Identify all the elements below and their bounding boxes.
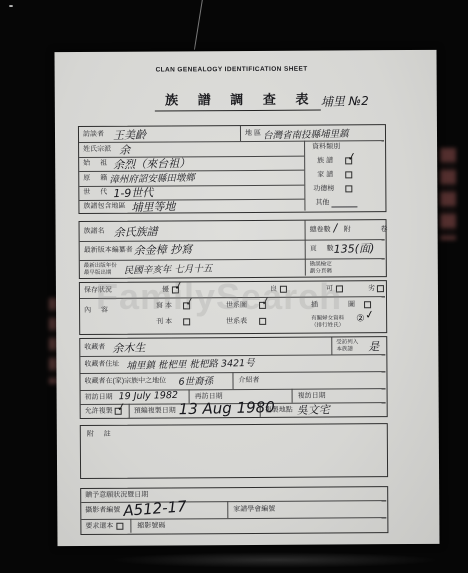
condition-good-checkbox: [280, 286, 287, 293]
notes-label: 附 註: [87, 431, 115, 439]
table-divider: [129, 404, 130, 418]
first-visit-label: 初訪日期: [85, 394, 113, 402]
edition-label-line1: 最新出版年份: [84, 263, 117, 270]
coverage-label: 族譜包含地區: [83, 203, 125, 211]
film-scratch-artifact: [194, 0, 203, 50]
listed-label-line2: 本族譜: [336, 346, 353, 353]
check-label-line2: 劃分頁碼: [310, 268, 332, 275]
material-zupu-label: 族 譜: [317, 157, 333, 165]
condition-label: 保存狀況: [84, 287, 112, 295]
copy-place-value: 吳文宅: [296, 401, 329, 418]
table-divider: [305, 221, 306, 276]
holder-address-label: 收藏者住址: [84, 361, 119, 369]
origin-value: 漳州府詔安縣田墩鄉: [109, 170, 195, 186]
photographer-number-label: 攝影者編號: [85, 507, 120, 515]
generation-label: 世 代: [83, 189, 111, 197]
content-manuscript-label: 寫 本: [156, 302, 172, 310]
women-data-label-line1: 有關婦女資料: [311, 315, 344, 322]
copy-permit-label: 允許複製: [85, 408, 113, 416]
women-data-checkmark: ✓: [364, 308, 375, 322]
condition-poor-checkbox: [377, 285, 384, 292]
volumes-label: 總卷數: [310, 226, 331, 234]
form-eyebrow: CLAN GENEALOGY IDENTIFICATION SHEET: [78, 65, 386, 74]
table-divider: [227, 501, 228, 518]
scanned-form-page: CLAN GENEALOGY IDENTIFICATION SHEET 族 譜 …: [54, 50, 439, 546]
content-print-checkbox: [183, 318, 190, 325]
basic-info-table: 訪談者 王美齡 地 區 台灣省南投縣埔里鎮 姓氏宗派 余 始 祖 余烈（來台祖）…: [78, 124, 387, 214]
first-visit-value: 19 July 1982: [118, 390, 178, 402]
volumes-value: /: [333, 221, 337, 234]
admin-table: 贈予意願狀況暨日期 攝影者編號 A512-17 家譜學會編號 要求還本 縮影號碼: [80, 486, 388, 535]
holder-name-value: 余木生: [112, 339, 145, 356]
material-category-header: 資料類別: [312, 143, 340, 151]
referrer-label: 介紹者: [238, 377, 259, 385]
gift-intent-label: 贈予意願狀況暨日期: [85, 492, 148, 500]
condition-excellent-checkmark: ✓: [173, 279, 184, 293]
return-request-checkbox: [116, 523, 123, 530]
microfilm-number-label: 縮影號碼: [137, 523, 165, 531]
origin-label: 原 籍: [83, 175, 111, 183]
form-title-text: 族 譜 調 查 表: [155, 89, 321, 112]
surname-label: 姓氏宗派: [83, 146, 111, 154]
interviewer-value: 王美齡: [113, 126, 146, 143]
founder-label: 始 祖: [83, 160, 111, 168]
check-label-line1: 勘誤檢定: [310, 261, 332, 268]
listed-value: 是: [368, 338, 379, 354]
table-divider: [240, 126, 241, 141]
photographer-number-value: A512-17: [123, 497, 188, 520]
material-jiapu-checkbox: [345, 171, 352, 178]
copy-permit-checkmark: ✓: [116, 400, 127, 414]
copy-date-value: 13 Aug 1980: [178, 398, 274, 418]
content-list-label: 世系表: [226, 318, 247, 326]
condition-excellent-label: 優: [162, 286, 169, 294]
holder-name-label: 收藏者: [84, 344, 105, 352]
area-value: 台灣省南投縣埔里鎮: [263, 126, 349, 142]
edition-value: 民國辛亥年 七月十五: [124, 260, 213, 276]
microfilm-background: FamilySearch CLAN GENEALOGY IDENTIFICATI…: [0, 0, 468, 573]
pages-value: 135(面): [334, 240, 375, 257]
book-name-label: 族譜名: [84, 228, 105, 236]
content-label: 內 容: [84, 307, 112, 315]
coverage-value: 埔里等地: [131, 198, 175, 215]
material-gongde-checkbox: [345, 185, 352, 192]
table-divider: [130, 519, 131, 533]
film-speck-artifact: [9, 5, 13, 7]
condition-good-label: 良: [270, 286, 277, 294]
page-number-note: 埔里 №2: [321, 92, 369, 110]
compiler-label: 最新版本編纂者: [84, 247, 133, 255]
table-divider: [292, 389, 293, 403]
holder-position-label: 收藏者在(家)宗族中之地位: [84, 377, 166, 385]
notes-table: 附 註: [80, 423, 388, 479]
compiler-value: 余金樟 抄寫: [134, 241, 193, 258]
content-list-checkbox: [259, 318, 266, 325]
women-data-value: ②: [356, 313, 365, 324]
table-divider: [304, 141, 305, 211]
return-request-label: 要求還本: [85, 523, 113, 531]
copy-date-label: 預編複製日期: [134, 407, 176, 415]
society-number-label: 家譜學會編號: [233, 506, 275, 514]
third-visit-label: 複訪日期: [298, 393, 326, 401]
holder-position-value: 6世裔孫: [178, 373, 213, 388]
table-divider: [232, 372, 233, 389]
table-divider: [80, 258, 385, 261]
holder-table: 收藏者 余木生 受訪列入 本族譜 是 收藏者住址 埔里鎮 枇杷里 枇杷路 342…: [79, 336, 387, 419]
material-zupu-checkmark: ✓: [346, 150, 357, 164]
appendix-label: 附 卷: [344, 226, 402, 234]
condition-fair-label: 可: [326, 285, 333, 293]
content-chart-label: 世系圖: [226, 302, 247, 310]
women-data-label-line2: （排行姓氏）: [311, 322, 344, 329]
interviewer-label: 訪談者: [83, 131, 104, 139]
edition-label-line2: 最早版出期: [84, 270, 112, 277]
material-other-blank-line: [331, 206, 357, 207]
material-gongde-label: 功德榜: [313, 185, 334, 193]
content-print-label: 刊 本: [156, 318, 172, 326]
book-name-value: 余氏族譜: [113, 223, 157, 240]
holder-address-value: 埔里鎮 枇杷里 枇杷路 3421号: [126, 355, 255, 372]
listed-label-line1: 受訪列入: [336, 339, 358, 346]
content-illustration-label: 插 圖: [311, 301, 369, 309]
area-label: 地 區: [245, 130, 261, 138]
table-divider: [331, 337, 332, 354]
condition-content-table: 保存狀況 優 ✓ 良 可 劣 內 容 寫 本 ✓ 刊 本 世系圖 ✓ 世系表: [79, 280, 387, 335]
condition-poor-label: 劣: [368, 285, 375, 293]
material-jiapu-label: 家 譜: [317, 171, 333, 179]
condition-fair-checkbox: [336, 285, 343, 292]
red-stamp-artifact: [440, 148, 456, 240]
genealogy-book-table: 族譜名 余氏族譜 總卷數 / 附 卷 最新版本編纂者 余金樟 抄寫 頁 數 13…: [79, 219, 387, 279]
table-divider: [80, 296, 385, 299]
material-other-label: 其他: [315, 199, 329, 207]
film-smudge-artifact: [110, 552, 440, 568]
